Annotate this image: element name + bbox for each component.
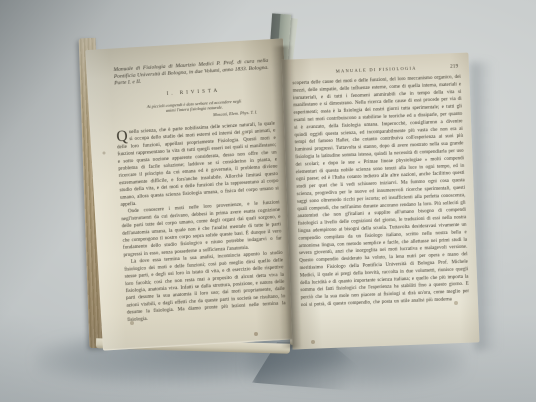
bibliographic-citation: Manuale di Fisiologia di Maurizio Medici… [112,57,272,87]
epigraph-attribution: Moscati, Elem. Phys. T. I. [115,109,274,123]
right-body-paragraph: scoperta delle cause dei moti e delle fu… [292,73,469,309]
epigraph: Ai piccioli compendi è dato serbare ed a… [143,98,246,115]
right-page-content: MANUALE DI FISIOLOGIA 219 scoperta delle… [282,53,480,350]
running-header-title: MANUALE DI FISIOLOGIA [336,66,417,74]
left-body-paragraph-3: Là dove essa termina la sua analisi, inc… [124,249,287,323]
left-page: Manuale di Fisiologia di Maurizio Medici… [85,38,301,350]
foxing-spots [0,0,2,2]
section-heading: I. RIVISTA [114,84,273,99]
left-page-content: Manuale di Fisiologia di Maurizio Medici… [85,38,301,350]
running-header: MANUALE DI FISIOLOGIA 219 [292,64,461,75]
left-body-paragraph-1-text: uella scienza, che è parte nobilissima d… [117,121,279,208]
left-body-paragraph-2: Onde conoscere i moti nelle loro proveni… [121,199,283,259]
drop-cap: Q [116,129,129,143]
photo-scene: Manuale di Fisiologia di Maurizio Medici… [0,0,536,402]
left-body-paragraph-1: Quella scienza, che è parte nobilissima … [116,120,279,209]
right-page: MANUALE DI FISIOLOGIA 219 scoperta delle… [282,53,480,350]
page-number: 219 [450,63,458,69]
